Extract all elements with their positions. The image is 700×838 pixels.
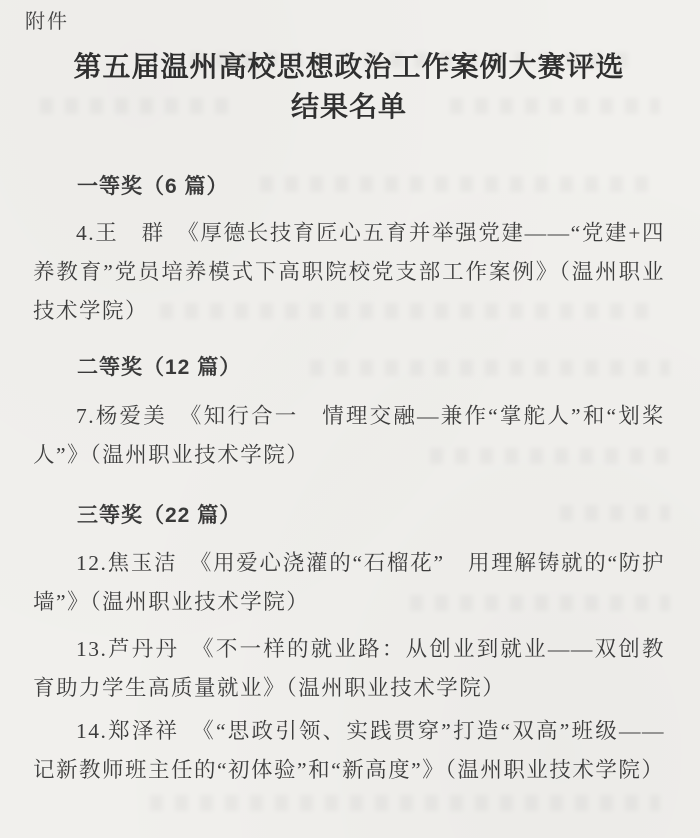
document-title-line1: 第五届温州高校思想政治工作案例大赛评选 bbox=[33, 48, 665, 88]
scanned-document: { "page": { "attachment_label": "附件", "t… bbox=[0, 0, 700, 838]
second-prize-heading: 二等奖（12 篇） bbox=[77, 353, 665, 383]
first-prize-heading: 一等奖（6 篇） bbox=[77, 172, 665, 202]
document-page: 附件 第五届温州高校思想政治工作案例大赛评选 结果名单 一等奖（6 篇） 4.王… bbox=[0, 0, 700, 790]
scan-bleedthrough-artifact bbox=[150, 795, 660, 811]
award-entry-12: 12.焦玉洁 《用爱心浇灌的“石榴花” 用理解铸就的“防护墙”》（温州职业技术学… bbox=[33, 544, 665, 622]
section-second-prize: 二等奖（12 篇） 7.杨爱美 《知行合一 情理交融—兼作“掌舵人”和“划桨人”… bbox=[33, 353, 665, 475]
section-first-prize: 一等奖（6 篇） 4.王 群 《厚德长技育匠心五育并举强党建——“党建+四养教育… bbox=[33, 172, 665, 331]
section-third-prize: 三等奖（22 篇） 12.焦玉洁 《用爱心浇灌的“石榴花” 用理解铸就的“防护墙… bbox=[33, 501, 665, 790]
document-title: 第五届温州高校思想政治工作案例大赛评选 结果名单 bbox=[33, 48, 665, 128]
document-title-line2: 结果名单 bbox=[33, 88, 665, 128]
award-entry-7: 7.杨爱美 《知行合一 情理交融—兼作“掌舵人”和“划桨人”》（温州职业技术学院… bbox=[33, 397, 665, 475]
award-entry-14: 14.郑泽祥 《“思政引领、实践贯穿”打造“双高”班级——记新教师班主任的“初体… bbox=[33, 712, 665, 790]
award-entry-4: 4.王 群 《厚德长技育匠心五育并举强党建——“党建+四养教育”党员培养模式下高… bbox=[33, 214, 665, 331]
award-entry-13: 13.芦丹丹 《不一样的就业路：从创业到就业——双创教育助力学生高质量就业》（温… bbox=[33, 630, 665, 708]
third-prize-heading: 三等奖（22 篇） bbox=[77, 501, 665, 531]
attachment-label: 附件 bbox=[25, 8, 665, 36]
